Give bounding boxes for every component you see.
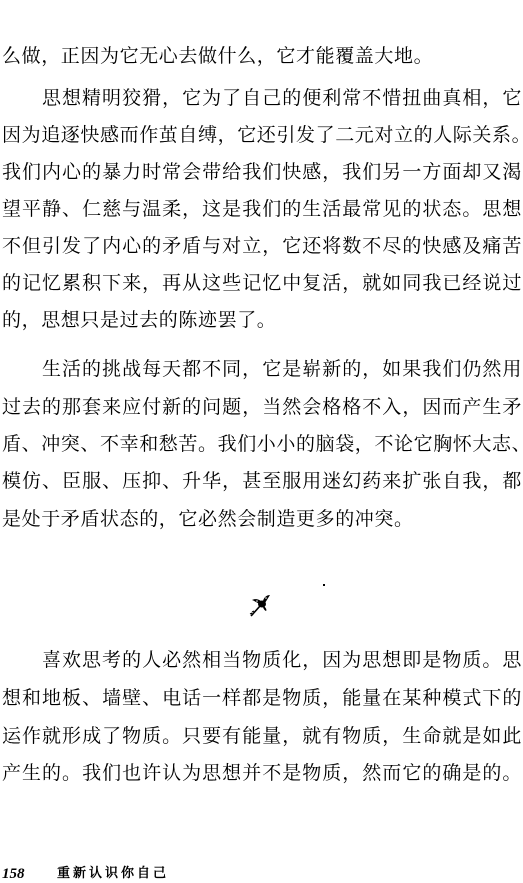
text-line: 思想精明狡猾，它为了自己的便利常不惜扭曲真相，它 xyxy=(42,86,522,110)
text-line: 盾、冲突、不幸和愁苦。我们小小的脑袋，不论它胸怀大志、 xyxy=(2,432,522,456)
book-page: 么做，正因为它无心去做什么，它才能覆盖大地。 思想精明狡猾，它为了自己的便利常不… xyxy=(0,0,523,883)
text-line: 生活的挑战每天都不同，它是崭新的，如果我们仍然用 xyxy=(42,357,522,381)
text-line: 么做，正因为它无心去做什么，它才能覆盖大地。 xyxy=(2,44,522,68)
text-line: 的，思想只是过去的陈迹罢了。 xyxy=(2,308,522,332)
speck xyxy=(323,584,325,586)
text-line: 的记忆累积下来，再从这些记忆中复活，就如同我已经说过 xyxy=(2,271,522,295)
text-line: 喜欢思考的人必然相当物质化，因为思想即是物质。思 xyxy=(42,648,522,672)
text-line: 是处于矛盾状态的，它必然会制造更多的冲突。 xyxy=(2,507,522,531)
text-line: 模仿、臣服、压抑、升华，甚至服用迷幻药来扩张自我，都 xyxy=(2,469,522,493)
text-line: 望平静、仁慈与温柔，这是我们的生活最常见的状态。思想 xyxy=(2,197,522,221)
page-number: 158 xyxy=(2,866,25,882)
text-line: 不但引发了内心的矛盾与对立，它还将数不尽的快感及痛苦 xyxy=(2,234,522,258)
text-line: 产生的。我们也许认为思想并不是物质，然而它的确是的。 xyxy=(2,761,522,785)
text-line: 想和地板、墙壁、电话一样都是物质，能量在某种模式下的 xyxy=(2,686,522,710)
text-line: 运作就形成了物质。只要有能量，就有物质，生命就是如此 xyxy=(2,724,522,748)
text-line: 我们内心的暴力时常会带给我们快感，我们另一方面却又渴 xyxy=(2,160,522,184)
running-title: 重新认识你自己 xyxy=(57,866,207,882)
text-line: 过去的那套来应付新的问题，当然会格格不入，因而产生矛 xyxy=(2,395,522,419)
text-line: 因为追逐快感而作茧自缚，它还引发了二元对立的人际关系。 xyxy=(2,123,522,147)
decorative-flourish-icon xyxy=(248,593,276,617)
